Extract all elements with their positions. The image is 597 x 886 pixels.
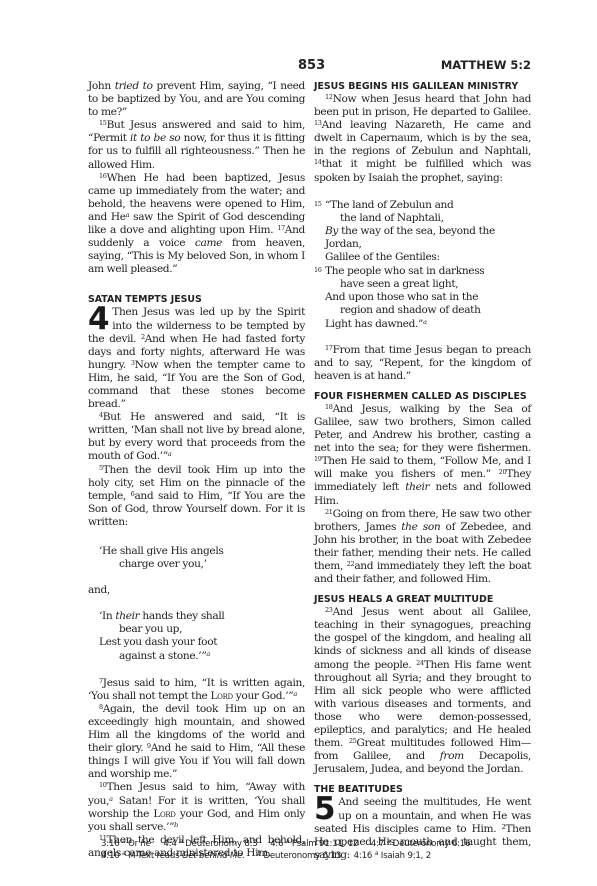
footnote-line: 3:16 a Or he 4:4 a Deuteronomy 8:3 4:6 a… bbox=[101, 839, 480, 851]
verse-number: 16 bbox=[314, 264, 325, 277]
verse-number: 14 bbox=[314, 158, 322, 166]
footnotes: 3:16 a Or he 4:4 a Deuteronomy 8:3 4:6 a… bbox=[101, 839, 480, 862]
verse-number: 19 bbox=[314, 455, 322, 463]
chapter-number: 5 bbox=[314, 797, 335, 821]
poetry-line: against a stone.’”a bbox=[88, 650, 305, 663]
section-heading: FOUR FISHERMEN CALLED AS DISCIPLES bbox=[314, 390, 531, 403]
verse-number: 15 bbox=[99, 119, 107, 127]
footnote[interactable]: 4:16 a Isaiah 9:1, 2 bbox=[354, 851, 431, 861]
running-head: MATTHEW 5:2 bbox=[441, 58, 531, 72]
footnote[interactable]: 4:7 a Deuteronomy 6:16 bbox=[371, 839, 470, 849]
verse-number: 21 bbox=[325, 508, 333, 516]
poetry-line: have seen a great light, bbox=[314, 278, 531, 291]
poetry-line: By the way of the sea, beyond the Jordan… bbox=[314, 225, 531, 251]
poetry-line: 15“The land of Zebulun and bbox=[314, 198, 531, 212]
poetry-line: And upon those who sat in the bbox=[314, 291, 531, 304]
verse-paragraph: 8Again, the devil took Him up on an exce… bbox=[88, 703, 305, 782]
verse-number: 16 bbox=[99, 172, 107, 180]
poetry-line: Galilee of the Gentiles: bbox=[314, 251, 531, 264]
verse-paragraph: 10Then Jesus said to him, “Away with you… bbox=[88, 781, 305, 833]
poetry-line: ‘In their hands they shall bbox=[88, 610, 305, 623]
section-heading: JESUS HEALS A GREAT MULTITUDE bbox=[314, 593, 531, 606]
poetry-line: 16The people who sat in darkness bbox=[314, 264, 531, 278]
poetry-line: Lest you dash your foot bbox=[88, 636, 305, 649]
footnote-marker[interactable]: a bbox=[423, 318, 427, 326]
section-heading: THE BEATITUDES bbox=[314, 783, 531, 796]
left-column: John tried to prevent Him, saying, “I ne… bbox=[88, 80, 305, 860]
verse-paragraph: 4Then Jesus was led up by the Spirit int… bbox=[88, 306, 305, 411]
page-number: 853 bbox=[298, 58, 325, 73]
verse-paragraph: John tried to prevent Him, saying, “I ne… bbox=[88, 80, 305, 119]
verse-number: 24 bbox=[416, 659, 424, 667]
poetry-line: the land of Naphtali, bbox=[314, 212, 531, 225]
verse-paragraph: 4But He answered and said, “It is writte… bbox=[88, 411, 305, 463]
footnote-marker[interactable]: a bbox=[206, 650, 210, 658]
footnote[interactable]: 3:16 a Or he bbox=[101, 839, 151, 849]
verse-number: 15 bbox=[314, 198, 325, 211]
poetry-block: 15“The land of Zebulun and the land of N… bbox=[314, 198, 531, 331]
footnote[interactable]: 4:4 a Deuteronomy 8:3 bbox=[163, 839, 257, 849]
footnote-marker[interactable]: a bbox=[293, 690, 297, 698]
verse-paragraph: 18And Jesus, walking by the Sea of Galil… bbox=[314, 403, 531, 508]
chapter-number: 4 bbox=[88, 307, 109, 331]
footnote-line: 4:10 a M-Text reads Get behind Me. b Deu… bbox=[101, 851, 480, 863]
verse-paragraph: 7Jesus said to him, “It is written again… bbox=[88, 677, 305, 703]
poetry-block: ‘In their hands they shall bear you up, … bbox=[88, 610, 305, 662]
footnote-marker[interactable]: b bbox=[174, 821, 178, 829]
verse-paragraph: 21Going on from there, He saw two other … bbox=[314, 508, 531, 587]
verse-paragraph: 23And Jesus went about all Galilee, teac… bbox=[314, 606, 531, 776]
verse-paragraph: 12Now when Jesus heard that John had bee… bbox=[314, 93, 531, 185]
footnote[interactable]: b Deuteronomy 6:13 bbox=[257, 851, 341, 861]
poetry-line: region and shadow of death bbox=[314, 304, 531, 317]
poetry-line: Light has dawned.”a bbox=[314, 318, 531, 331]
verse-number: 13 bbox=[314, 119, 322, 127]
connector-text: and, bbox=[88, 584, 305, 597]
poetry-line: charge over you,’ bbox=[88, 558, 305, 571]
verse-number: 12 bbox=[325, 93, 333, 101]
verse-paragraph: 15But Jesus answered and said to him, “P… bbox=[88, 119, 305, 171]
poetry-line: bear you up, bbox=[88, 623, 305, 636]
right-column: JESUS BEGINS HIS GALILEAN MINISTRY 12Now… bbox=[314, 80, 531, 862]
section-heading: SATAN TEMPTS JESUS bbox=[88, 293, 305, 306]
footnote[interactable]: 4:6 a Psalm 91:11, 12 bbox=[270, 839, 358, 849]
verse-number: 10 bbox=[99, 781, 107, 789]
poetry-line: ‘He shall give His angels bbox=[88, 545, 305, 558]
verse-number: 17 bbox=[277, 224, 285, 232]
verse-paragraph: 16When He had been baptized, Jesus came … bbox=[88, 172, 305, 277]
verse-number: 23 bbox=[325, 606, 333, 614]
page-header: 853 MATTHEW 5:2 bbox=[88, 58, 531, 76]
verse-paragraph: 5Then the devil took Him up into the hol… bbox=[88, 464, 305, 529]
verse-paragraph: 17From that time Jesus began to preach a… bbox=[314, 344, 531, 383]
verse-number: 18 bbox=[325, 403, 333, 411]
footnote-marker[interactable]: a bbox=[168, 450, 172, 458]
section-heading: JESUS BEGINS HIS GALILEAN MINISTRY bbox=[314, 80, 531, 93]
poetry-block: ‘He shall give His angels charge over yo… bbox=[88, 545, 305, 571]
verse-number: 17 bbox=[325, 344, 333, 352]
footnote[interactable]: 4:10 a M-Text reads Get behind Me. bbox=[101, 851, 245, 861]
